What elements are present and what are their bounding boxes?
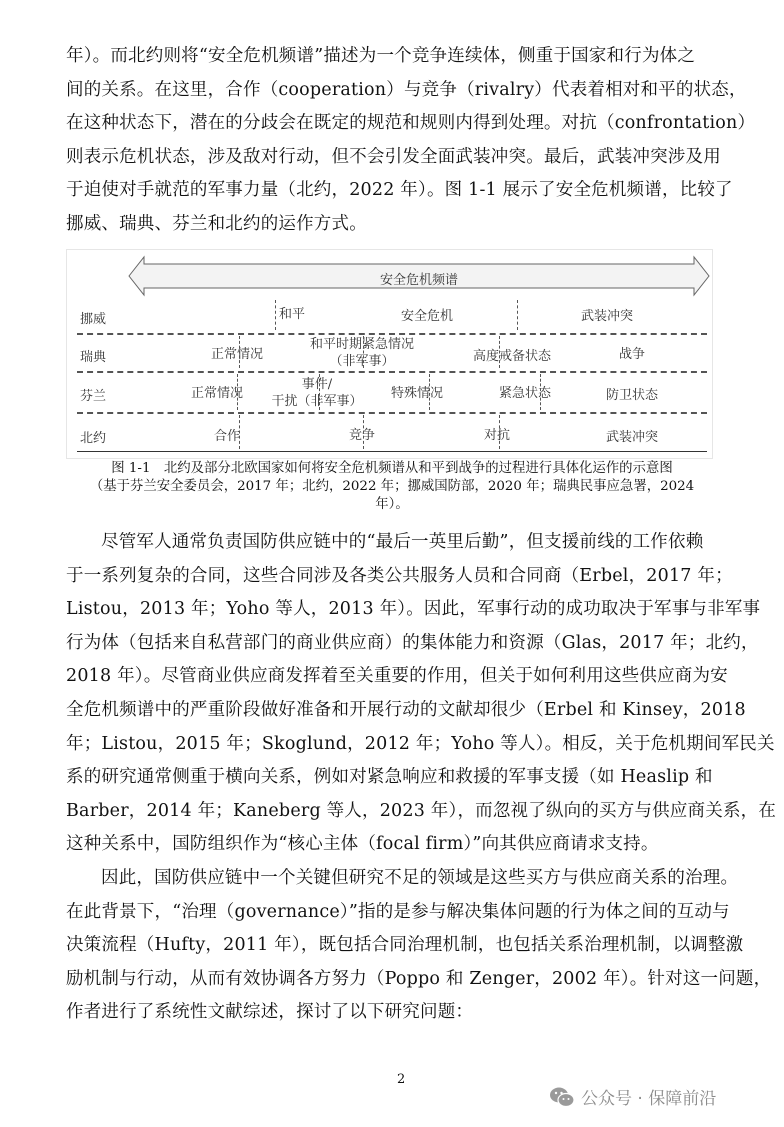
text-line: 作者进行了系统性文献综述，探讨了以下研究问题： — [66, 996, 718, 1030]
divider — [239, 336, 240, 368]
divider — [540, 374, 541, 410]
stage-normal: 正常情况 — [197, 346, 277, 363]
text-line: 这种关系中，国防组织作为“核心主体（focal firm）”向其供应商请求支持。 — [66, 828, 718, 862]
country-label: 瑞典 — [80, 346, 106, 365]
stage-armed-conflict: 武装冲突 — [582, 429, 682, 446]
divider — [429, 374, 430, 410]
figure-security-crisis-spectrum: 安全危机频谱 挪威 和平 安全危机 武装冲突 瑞典 正常情况 和平时期紧急情况 … — [66, 249, 713, 459]
text-line: 行为体（包括来自私营部门的商业供应商）的集体能力和资源（Glas，2017 年；… — [66, 627, 718, 661]
stage-incident: 事件/ — [267, 376, 367, 393]
stage-incident-note: 干扰（非军事） — [262, 393, 372, 410]
stage-cooperation: 合作 — [187, 428, 267, 445]
figure-bottom-rule — [77, 451, 707, 452]
country-label: 挪威 — [80, 308, 106, 327]
country-label: 芬兰 — [80, 385, 106, 404]
stage-peacetime-emergency: 和平时期紧急情况 — [295, 336, 429, 353]
text-line: 于迫使对手就范的军事力量（北约，2022 年）。图 1-1 展示了安全危机频谱，… — [66, 174, 718, 208]
text-line: Listou，2013 年；Yoho 等人，2013 年）。因此，军事行动的成功… — [66, 593, 718, 627]
row-divider — [77, 371, 707, 373]
page-number: 2 — [397, 1072, 405, 1087]
stage-normal: 正常情况 — [177, 385, 257, 402]
caption-line: （基于芬兰安全委员会，2017 年；北约，2022 年；挪威国防部，2020 年… — [66, 478, 718, 496]
stage-high-alert: 高度戒备状态 — [457, 348, 567, 365]
text-line: 年；Listou，2015 年；Skoglund，2012 年；Yoho 等人）… — [66, 728, 718, 762]
country-label: 北约 — [80, 427, 106, 446]
row-divider — [77, 333, 707, 335]
divider — [237, 374, 238, 410]
text-line: 年）。而北约则将“安全危机频谱”描述为一个竞争连续体，侧重于国家和行为体之 — [66, 40, 718, 74]
stage-security-crisis: 安全危机 — [377, 308, 477, 325]
text-line: Barber，2014 年；Kaneberg 等人，2023 年），而忽视了纵向… — [66, 795, 718, 829]
text-line: 间的关系。在这里，合作（cooperation）与竞争（rivalry）代表着相… — [66, 74, 718, 108]
divider — [239, 415, 240, 449]
text-line: 于一系列复杂的合同，这些合同涉及各类公共服务人员和合同商（Erbel，2017 … — [66, 560, 718, 594]
text-line: 因此，国防供应链中一个关键但研究不足的领域是这些买方与供应商关系的治理。 — [66, 862, 718, 896]
divider — [517, 300, 518, 330]
divider — [275, 300, 276, 330]
stage-competition: 竞争 — [322, 427, 402, 444]
caption-line: 年）。 — [66, 496, 718, 514]
text-line: 全危机频谱中的严重阶段做好准备和开展行动的文献却很少（Erbel 和 Kinse… — [66, 694, 718, 728]
text-line: 在这种状态下，潜在的分歧会在既定的规范和规则内得到处理。对抗（confronta… — [66, 107, 718, 141]
stage-peace: 和平 — [262, 306, 322, 323]
paragraph-supply-chain: 尽管军人通常负责国防供应链中的“最后一英里后勤”，但支援前线的工作依赖 于一系列… — [66, 526, 718, 862]
divider — [319, 374, 320, 410]
wechat-icon — [549, 1086, 575, 1108]
stage-emergency: 紧急状态 — [485, 385, 565, 402]
text-line: 2018 年）。尽管商业供应商发挥着至关重要的作用，但关于如何利用这些供应商为安 — [66, 660, 718, 694]
text-line: 挪威、瑞典、芬兰和北约的运作方式。 — [66, 208, 718, 242]
stage-war: 战争 — [592, 346, 672, 363]
text-line: 则表示危机状态，涉及敌对行动，但不会引发全面武装冲突。最后，武装冲突涉及用 — [66, 141, 718, 175]
text-line: 励机制与行动，从而有效协调各方努力（Poppo 和 Zenger，2002 年）… — [66, 963, 718, 997]
spectrum-label: 安全危机频谱 — [127, 269, 711, 288]
row-divider — [77, 412, 707, 414]
row-sweden: 瑞典 正常情况 和平时期紧急情况 （非军事） 高度戒备状态 战争 — [77, 336, 707, 376]
watermark: 公众号 · 保障前沿 — [549, 1084, 716, 1109]
text-line: 系的研究通常侧重于横向关系，例如对紧急响应和救援的军事支援（如 Heaslip … — [66, 761, 718, 795]
stage-confrontation: 对抗 — [457, 427, 537, 444]
text-line: 决策流程（Hufty，2011 年），既包括合同治理机制，也包括关系治理机制，以… — [66, 929, 718, 963]
text-line: 在此背景下，“治理（governance）”指的是参与解决集体问题的行为体之间的… — [66, 896, 718, 930]
row-nato: 北约 合作 竞争 对抗 武装冲突 — [77, 415, 707, 455]
text-line: 尽管军人通常负责国防供应链中的“最后一英里后勤”，但支援前线的工作依赖 — [66, 526, 718, 560]
stage-peacetime-emergency-note: （非军事） — [295, 353, 429, 370]
stage-special-situation: 特殊情况 — [377, 385, 457, 402]
paragraph-intro: 年）。而北约则将“安全危机频谱”描述为一个竞争连续体，侧重于国家和行为体之 间的… — [66, 40, 718, 242]
divider — [499, 336, 500, 368]
stage-armed-conflict: 武装冲突 — [557, 308, 657, 325]
divider — [363, 336, 364, 368]
stage-defence: 防卫状态 — [592, 387, 672, 404]
divider — [363, 415, 364, 449]
paragraph-governance: 因此，国防供应链中一个关键但研究不足的领域是这些买方与供应商关系的治理。 在此背… — [66, 862, 718, 1030]
row-finland: 芬兰 正常情况 事件/ 干扰（非军事） 特殊情况 紧急状态 防卫状态 — [77, 374, 707, 414]
caption-line: 图 1-1 北约及部分北欧国家如何将安全危机频谱从和平到战争的过程进行具体化运作… — [66, 460, 718, 478]
watermark-text: 公众号 · 保障前沿 — [581, 1084, 716, 1109]
divider — [499, 415, 500, 449]
figure-caption: 图 1-1 北约及部分北欧国家如何将安全危机频谱从和平到战争的过程进行具体化运作… — [66, 460, 718, 514]
